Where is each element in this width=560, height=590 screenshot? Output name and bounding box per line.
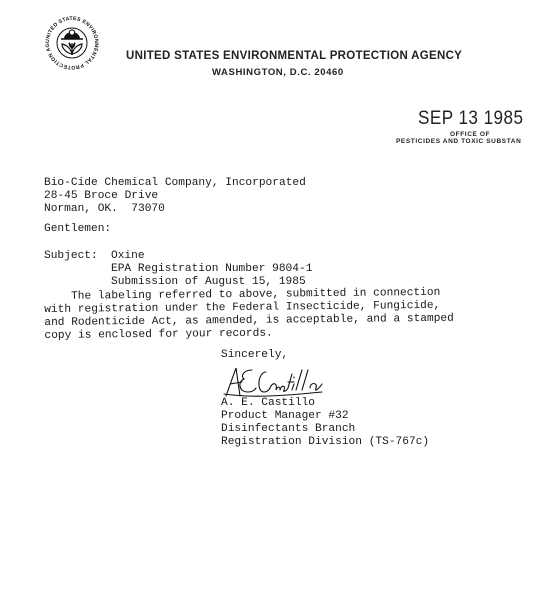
epa-seal-icon: UNITED STATES ENVIRONMENTAL PROTECTION A…	[42, 13, 102, 73]
subject-line: Oxine	[111, 250, 312, 263]
salutation: Gentlemen:	[44, 223, 111, 236]
subject-label: Subject:	[44, 250, 98, 263]
agency-name: UNITED STATES ENVIRONMENTAL PROTECTION A…	[126, 50, 462, 62]
svg-text:UNITED STATES ENVIRONMENTAL PR: UNITED STATES ENVIRONMENTAL PROTECTION A…	[42, 13, 99, 70]
closing: Sincerely,	[221, 349, 288, 362]
recipient-address: Bio-Cide Chemical Company, Incorporated …	[44, 177, 306, 216]
signatory-division: Registration Division (TS-767c)	[221, 436, 429, 449]
signatory-branch: Disinfectants Branch	[221, 423, 429, 436]
subject-lines: Oxine EPA Registration Number 9804-1 Sub…	[111, 250, 312, 289]
handwritten-signature	[222, 362, 332, 402]
office-stamp-line2: PESTICIDES AND TOXIC SUBSTAN	[396, 138, 521, 145]
address-line: Bio-Cide Chemical Company, Incorporated	[44, 177, 306, 190]
signatory-block: A. E. Castillo Product Manager #32 Disin…	[221, 397, 429, 449]
agency-address: WASHINGTON, D.C. 20460	[212, 67, 344, 78]
date-stamp: SEP 13 1985	[418, 108, 523, 130]
address-line: Norman, OK. 73070	[44, 203, 306, 216]
address-line: 28-45 Broce Drive	[44, 190, 306, 203]
signatory-title: Product Manager #32	[221, 410, 429, 423]
signatory-name: A. E. Castillo	[221, 397, 429, 410]
letter-body: The labeling referred to above, submitte…	[44, 286, 475, 343]
office-stamp-line1: OFFICE OF	[450, 131, 490, 138]
subject-line: EPA Registration Number 9804-1	[111, 263, 312, 276]
subject-line: Submission of August 15, 1985	[111, 276, 312, 289]
